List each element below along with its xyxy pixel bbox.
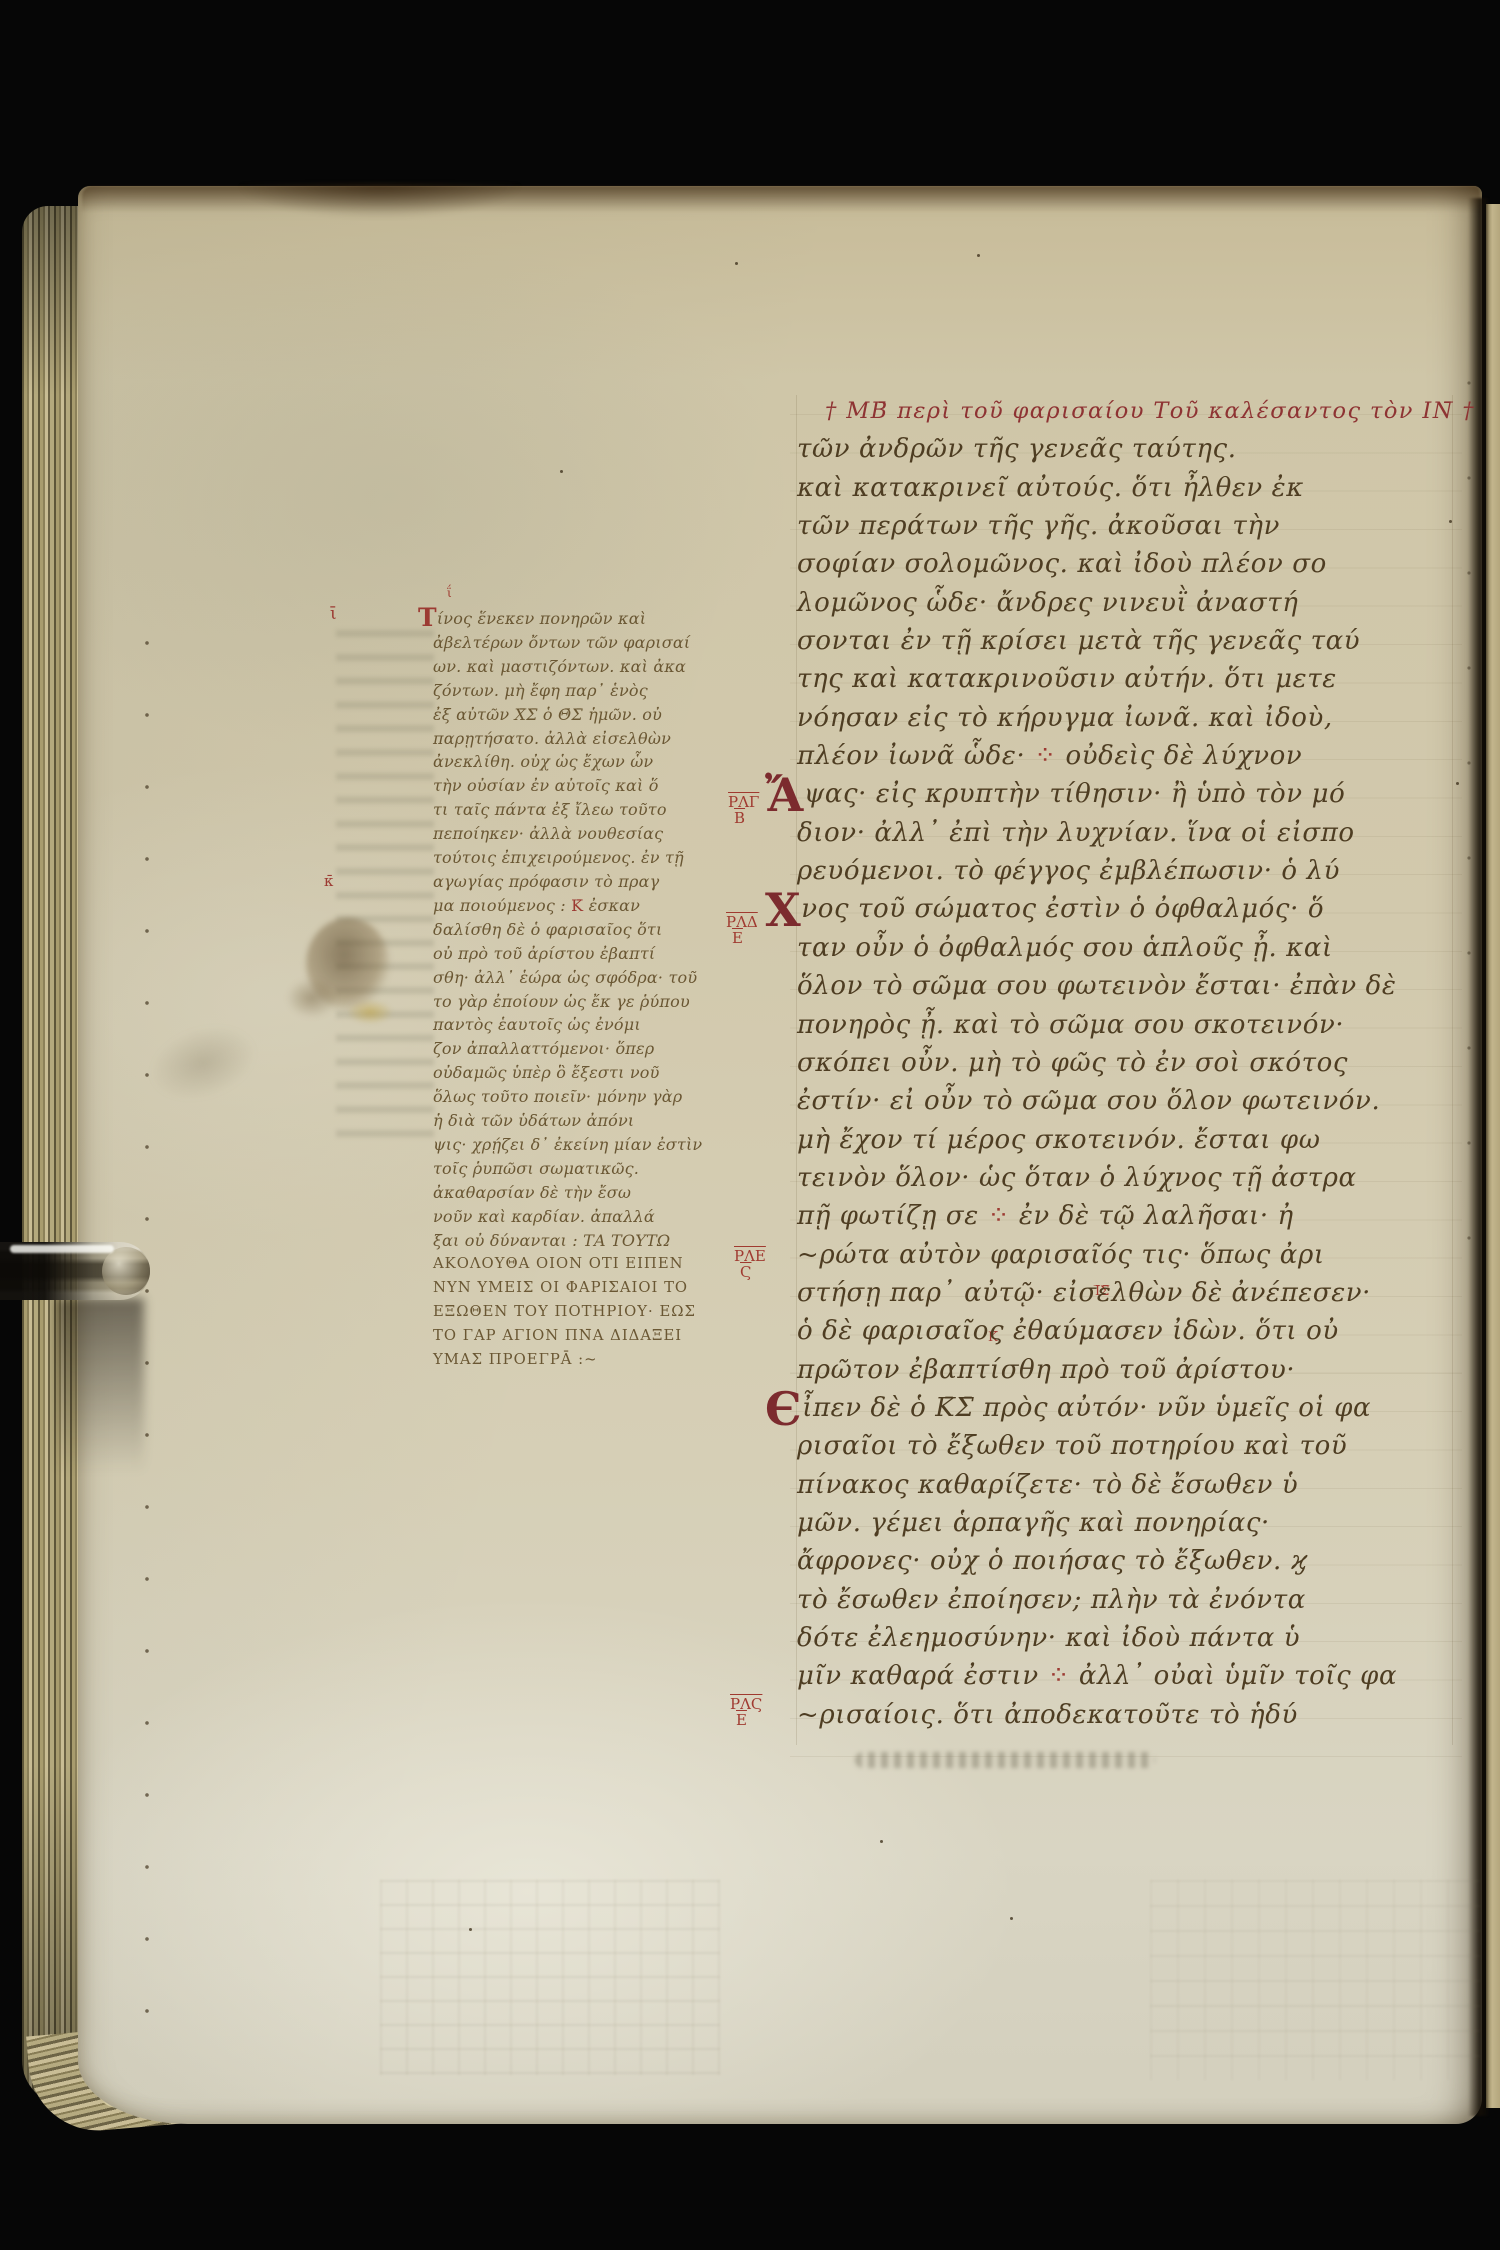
text-line: ~ρισαίοις. ὅτι ἀποδεκατοῦτε τὸ ἡδύ <box>797 1696 1465 1734</box>
commentary-line-text: τὴν οὐσίαν ἐν αὐτοῖς καὶ ὅ <box>433 776 659 795</box>
commentary-line: ψις· χρῄζει δ᾽ ἐκείνη μίαν ἐστὶν <box>433 1133 735 1157</box>
text-line-content: πλέον ἰωνᾶ ὧδε· ⁘ οὐδεὶς δὲ λύχνον <box>797 741 1302 771</box>
ink-speck <box>1010 1917 1013 1920</box>
text-line-content: καὶ κατακρινεῖ αὐτούς. ὅτι ἦλθεν ἐκ <box>797 473 1304 503</box>
text-line-content: σονται ἐν τῇ κρίσει μετὰ τῆς γενεᾶς ταύ <box>797 626 1360 656</box>
commentary-initial: Τ <box>418 607 437 628</box>
text-line: στήσῃ παρ᾽ αὐτῷ· εἰσελθὼν δὲ ἀνέπεσεν· <box>797 1274 1465 1312</box>
commentary-line-text: το γὰρ ἐποίουν ὡς ἔκ γε ῥύπου <box>433 992 690 1011</box>
manuscript-photo: ῑ κ̄ ΐ ΡΛΓ Β ΡΛΔ Ε ΡΛΕ Ϛ ΡΛϚ Ε Ι̅Σ̅ Κ̅ Τ… <box>0 0 1500 2250</box>
commentary-line: ΝΥΝ ΥΜΕΙΣ ΟΙ ΦΑΡΙΣΑΙΟΙ ΤΟ <box>433 1276 735 1300</box>
commentary-line: τοῖς ῥυπῶσι σωματικῶς. <box>433 1157 735 1181</box>
text-line-content: μὴ ἔχον τί μέρος σκοτεινόν. ἔσται φω <box>797 1125 1321 1155</box>
text-line: πονηρὸς ᾖ. καὶ τὸ σῶμα σου σκοτεινόν· <box>797 1006 1465 1044</box>
commentary-line-text: ΕΞΩΘΕΝ ΤΟΥ ΠΟΤΗΡΙΟΥ· ΕΩΣ <box>433 1303 696 1320</box>
commentary-line-text: οὐ πρὸ τοῦ ἀρίστου ἐβαπτί <box>433 944 655 963</box>
commentary-line: ΥΜΑΣ ΠΡΟΕΓΡᾹ :~ <box>433 1348 735 1372</box>
text-line: ρισαῖοι τὸ ἔξωθεν τοῦ ποτηρίου καὶ τοῦ <box>797 1427 1465 1465</box>
main-text-column: † ΜΒ̄ περὶ τοῦ φαρισαίου Τοῦ καλέσαντος … <box>797 392 1465 1734</box>
text-line: πρῶτον ἐβαπτίσθη πρὸ τοῦ ἀρίστου· <box>797 1351 1465 1389</box>
commentary-line-text: ίνος ἕνεκεν πονηρῶν καὶ <box>437 609 646 628</box>
commentary-line-text: αγωγίας πρόφασιν τὸ πραγ <box>433 872 659 891</box>
commentary-line-text: ὅλως τοῦτο ποιεῖν· μόνην γὰρ <box>433 1087 682 1106</box>
text-line-content: ὁ δὲ φαρισαῖος ἐθαύμασεν ἰδὼν. ὅτι οὐ <box>797 1316 1339 1346</box>
commentary-line: ξαι οὐ δύνανται : ΤΑ ΤΟΥΤΩ <box>433 1229 735 1253</box>
commentary-line-text: τι ταῖς πάντα ἐξ ἴλεω τοῦτο <box>433 800 667 819</box>
commentary-line: ἡ διὰ τῶν ὑδάτων ἀπόνι <box>433 1109 735 1133</box>
ink-speck <box>880 1840 883 1843</box>
text-line: Ἄ ψας· εἰς κρυπτὴν τίθησιν· ἢ ὑπὸ τὸν μό <box>797 775 1465 813</box>
commentary-line-text: τούτοις ἐπιχειρούμενος. ἐν τῇ <box>433 848 684 867</box>
text-line-content: ~ρισαίοις. ὅτι ἀποδεκατοῦτε τὸ ἡδύ <box>797 1700 1298 1730</box>
margin-mark-kappa: κ̄ <box>324 872 333 890</box>
commentary-line: μα ποιούμενος : Κ̄ ἐσκαν <box>433 894 735 918</box>
text-line: ἄφρονες· οὐχ ὁ ποιήσας τὸ ἔξωθεν. ϗ <box>797 1542 1465 1580</box>
canon-number: Ϛ <box>734 1263 751 1281</box>
text-line-content: σκόπει οὖν. μὴ τὸ φῶς τὸ ἐν σοὶ σκότος <box>797 1048 1348 1078</box>
glass-weight-tip <box>102 1247 150 1295</box>
commentary-line-text: ἀκαθαρσίαν δὲ τὴν ἔσω <box>433 1183 631 1202</box>
commentary-line: τούτοις ἐπιχειρούμενος. ἐν τῇ <box>433 846 735 870</box>
text-line-content: νόησαν εἰς τὸ κήρυγμα ἰωνᾶ. καὶ ἰδοὺ, <box>797 703 1333 733</box>
commentary-line-text: ζόντων. μὴ ἔφη παρ᾽ ἑνὸς <box>433 681 648 700</box>
kephalaion-title: † ΜΒ̄ περὶ τοῦ φαρισαίου Τοῦ καλέσαντος … <box>797 392 1465 430</box>
text-line-content: ρισαῖοι τὸ ἔξωθεν τοῦ ποτηρίου καὶ τοῦ <box>797 1431 1347 1461</box>
text-line: πλέον ἰωνᾶ ὧδε· ⁘ οὐδεὶς δὲ λύχνον <box>797 737 1465 775</box>
text-line-content: ἄφρονες· οὐχ ὁ ποιήσας τὸ ἔξωθεν. ϗ <box>797 1546 1308 1576</box>
canon-number: Ε <box>730 1711 747 1729</box>
text-line-content: πρῶτον ἐβαπτίσθη πρὸ τοῦ ἀρίστου· <box>797 1355 1295 1385</box>
commentary-line: ζόντων. μὴ ἔφη παρ᾽ ἑνὸς <box>433 679 735 703</box>
glass-weight-highlight <box>10 1245 114 1253</box>
commentary-line: ων. καὶ μαστιζόντων. καὶ ἀκα <box>433 655 735 679</box>
commentary-line: Τ ίνος ἕνεκεν πονηρῶν καὶ <box>433 607 735 631</box>
text-line: διον· ἀλλ᾽ ἐπὶ τὴν λυχνίαν. ἵνα οἱ εἰσπο <box>797 814 1465 852</box>
commentary-line: το γὰρ ἐποίουν ὡς ἔκ γε ῥύπου <box>433 990 735 1014</box>
commentary-line: τι ταῖς πάντα ἐξ ἴλεω τοῦτο <box>433 798 735 822</box>
commentary-line-text: ψις· χρῄζει δ᾽ ἐκείνη μίαν ἐστὶν <box>433 1135 702 1154</box>
text-line: καὶ κατακρινεῖ αὐτούς. ὅτι ἦλθεν ἐκ <box>797 469 1465 507</box>
main-text-lines: τῶν ἀνδρῶν τῆς γενεᾶς ταύτης. καὶ κατακρ… <box>797 430 1465 1734</box>
text-line-content: ταν οὖν ὁ ὀφθαλμός σου ἁπλοῦς ᾖ. καὶ <box>797 933 1333 963</box>
facing-page-sliver <box>1486 204 1500 2108</box>
commentary-line-text: παντὸς ἑαυτοῖς ὡς ἐνόμι <box>433 1015 641 1034</box>
text-line-content: ρευόμενοι. τὸ φέγγος ἐμβλέπωσιν· ὁ λύ <box>797 856 1340 886</box>
brown-stain-tail <box>286 978 338 1018</box>
text-line: ρευόμενοι. τὸ φέγγος ἐμβλέπωσιν· ὁ λύ <box>797 852 1465 890</box>
text-line: τὸ ἔσωθεν ἐποίησεν; πλὴν τὰ ἐνόντα <box>797 1581 1465 1619</box>
text-line-content: δότε ἐλεημοσύνην· καὶ ἰδοὺ πάντα ὑ <box>797 1623 1300 1653</box>
commentary-line: ἐξ αὐτῶν Χ̄Σ̄ ὁ Θ̄Σ̄ ἡμῶν. οὐ <box>433 703 735 727</box>
pricking-holes <box>144 640 150 2040</box>
commentary-line-text: ξαι οὐ δύνανται : ΤΑ ΤΟΥΤΩ <box>433 1231 670 1250</box>
decorated-initial: Χ <box>765 893 801 927</box>
text-line-content: τεινὸν ὅλον· ὡς ὅταν ὁ λύχνος τῇ ἀστρα <box>797 1163 1357 1193</box>
text-line: ὅλον τὸ σῶμα σου φωτεινὸν ἔσται· ἐπὰν δὲ <box>797 967 1465 1005</box>
commentary-line-text: παρῃτήσατο. ἀλλὰ εἰσελθὼν <box>433 729 671 748</box>
text-line: τεινὸν ὅλον· ὡς ὅταν ὁ λύχνος τῇ ἀστρα <box>797 1159 1465 1197</box>
text-line-content: πονηρὸς ᾖ. καὶ τὸ σῶμα σου σκοτεινόν· <box>797 1010 1344 1040</box>
text-line: σκόπει οὖν. μὴ τὸ φῶς τὸ ἐν σοὶ σκότος <box>797 1044 1465 1082</box>
text-line-content: μῖν καθαρά ἐστιν ⁘ ἀλλ᾽ οὐαὶ ὑμῖν τοῖς φ… <box>797 1661 1397 1691</box>
show-through-grid-left <box>380 1880 720 2075</box>
text-line: τῶν περάτων τῆς γῆς. ἀκοῦσαι τὴν <box>797 507 1465 545</box>
commentary-line: τὴν οὐσίαν ἐν αὐτοῖς καὶ ὅ <box>433 774 735 798</box>
text-line: Χ νος τοῦ σώματος ἐστὶν ὁ ὀφθαλμός· ὅ <box>797 890 1465 928</box>
commentary-line: δαλίσθη δὲ ὁ φαρισαῖος ὅτι <box>433 918 735 942</box>
commentary-line: παρῃτήσατο. ἀλλὰ εἰσελθὼν <box>433 727 735 751</box>
text-line: ἐστίν· εἰ οὖν τὸ σῶμα σου ὅλον φωτεινόν. <box>797 1082 1465 1120</box>
commentary-line-text: ζον ἀπαλλαττόμενοι· ὅπερ <box>433 1039 654 1058</box>
commentary-line-text: ΝΥΝ ΥΜΕΙΣ ΟΙ ΦΑΡΙΣΑΙΟΙ ΤΟ <box>433 1279 688 1296</box>
text-line: πῇ φωτίζῃ σε ⁘ ἐν δὲ τῷ λαλῆσαι· ἠ <box>797 1197 1465 1235</box>
text-line: μὴ ἔχον τί μέρος σκοτεινόν. ἔσται φω <box>797 1121 1465 1159</box>
text-line-content: στήσῃ παρ᾽ αὐτῷ· εἰσελθὼν δὲ ἀνέπεσεν· <box>797 1278 1371 1308</box>
text-line-content: ἶπεν δὲ ὁ Κ̄Σ̄ πρὸς αὐτόν· νῦν ὑμεῖς οἱ … <box>802 1393 1371 1423</box>
commentary-line: ἀκαθαρσίαν δὲ τὴν ἔσω <box>433 1181 735 1205</box>
commentary-line: ζον ἀπαλλαττόμενοι· ὅπερ <box>433 1037 735 1061</box>
text-line-content: πίνακος καθαρίζετε· τὸ δὲ ἔσωθεν ὑ <box>797 1470 1298 1500</box>
commentary-line-text: δαλίσθη δὲ ὁ φαρισαῖος ὅτι <box>433 920 662 939</box>
glass-weight <box>0 1242 150 1300</box>
section-number-136: ΡΛϚ Ε <box>730 1696 790 1728</box>
text-line-content: ἐστίν· εἰ οὖν τὸ σῶμα σου ὅλον φωτεινόν. <box>797 1086 1380 1116</box>
text-line-content: ψας· εἰς κρυπτὴν τίθησιν· ἢ ὑπὸ τὸν μό <box>804 779 1345 809</box>
text-line: δότε ἐλεημοσύνην· καὶ ἰδοὺ πάντα ὑ <box>797 1619 1465 1657</box>
commentary-line: οὐδαμῶς ὑπὲρ ὃ ἔξεστι νοῦ <box>433 1061 735 1085</box>
text-line-content: ὅλον τὸ σῶμα σου φωτεινὸν ἔσται· ἐπὰν δὲ <box>797 971 1396 1001</box>
commentary-line: σθη· ἀλλ᾽ ἑώρα ὡς σφόδρα· τοῦ <box>433 966 735 990</box>
commentary-line: ὅλως τοῦτο ποιεῖν· μόνην γὰρ <box>433 1085 735 1109</box>
commentary-line: ΕΞΩΘΕΝ ΤΟΥ ΠΟΤΗΡΙΟΥ· ΕΩΣ <box>433 1300 735 1324</box>
show-through-line-bottom <box>855 1752 1155 1768</box>
text-line: μῖν καθαρά ἐστιν ⁘ ἀλλ᾽ οὐαὶ ὑμῖν τοῖς φ… <box>797 1657 1465 1695</box>
commentary-line: ἀνεκλίθη. οὐχ ὡς ἔχων ὧν <box>433 750 735 774</box>
commentary-line-text: ΑΚΟΛΟΥΘΑ ΟΙΟΝ ΟΤΙ ΕΙΠΕΝ <box>433 1255 684 1272</box>
text-line: σονται ἐν τῇ κρίσει μετὰ τῆς γενεᾶς ταύ <box>797 622 1465 660</box>
ink-speck <box>560 470 563 473</box>
commentary-line-text: πεποίηκεν· ἀλλὰ νουθεσίας <box>433 824 663 843</box>
text-line: Є ἶπεν δὲ ὁ Κ̄Σ̄ πρὸς αὐτόν· νῦν ὑμεῖς ο… <box>797 1389 1465 1427</box>
commentary-line-text: ἐξ αὐτῶν Χ̄Σ̄ ὁ Θ̄Σ̄ ἡμῶν. οὐ <box>433 705 662 724</box>
commentary-initial-sign: ΐ <box>447 586 452 600</box>
show-through-grid-right <box>1150 1880 1480 2080</box>
text-line: της καὶ κατακρινοῦσιν αὐτήν. ὅτι μετε <box>797 660 1465 698</box>
text-line: σοφίαν σολομῶνος. καὶ ἰδοὺ πλέον σο <box>797 545 1465 583</box>
ink-speck <box>735 262 738 265</box>
commentary-line-text: σθη· ἀλλ᾽ ἑώρα ὡς σφόδρα· τοῦ <box>433 968 697 987</box>
text-line-content: τῶν περάτων τῆς γῆς. ἀκοῦσαι τὴν <box>797 511 1280 541</box>
commentary-line: ἀβελτέρων ὄντων τῶν φαρισαί <box>433 631 735 655</box>
commentary-line-text: νοῦν καὶ καρδίαν. ἀπαλλά <box>433 1207 655 1226</box>
commentary-line: πεποίηκεν· ἀλλὰ νουθεσίας <box>433 822 735 846</box>
margin-mark-iota: ῑ <box>330 604 337 624</box>
commentary-line: ΑΚΟΛΟΥΘΑ ΟΙΟΝ ΟΤΙ ΕΙΠΕΝ <box>433 1252 735 1276</box>
commentary-line-text: ων. καὶ μαστιζόντων. καὶ ἀκα <box>433 657 686 676</box>
commentary-line: παντὸς ἑαυτοῖς ὡς ἐνόμι <box>433 1013 735 1037</box>
text-line: ταν οὖν ὁ ὀφθαλμός σου ἁπλοῦς ᾖ. καὶ <box>797 929 1465 967</box>
text-line-content: σοφίαν σολομῶνος. καὶ ἰδοὺ πλέον σο <box>797 549 1327 579</box>
commentary-line-text: ἡ διὰ τῶν ὑδάτων ἀπόνι <box>433 1111 634 1130</box>
ink-speck <box>977 254 980 257</box>
text-line-content: λομῶνος ὧδε· ἄνδρες νινευῒ ἀναστή <box>797 588 1298 618</box>
section-number-135: ΡΛΕ Ϛ <box>734 1248 794 1280</box>
commentary-line: οὐ πρὸ τοῦ ἀρίστου ἐβαπτί <box>433 942 735 966</box>
text-line: τῶν ἀνδρῶν τῆς γενεᾶς ταύτης. <box>797 430 1465 468</box>
text-line: νόησαν εἰς τὸ κήρυγμα ἰωνᾶ. καὶ ἰδοὺ, <box>797 699 1465 737</box>
commentary-line-text: οὐδαμῶς ὑπὲρ ὃ ἔξεστι νοῦ <box>433 1063 660 1082</box>
text-line-content: τῶν ἀνδρῶν τῆς γενεᾶς ταύτης. <box>797 434 1237 464</box>
commentary-column: Τ ίνος ἕνεκεν πονηρῶν καὶ ἀβελτέρων ὄντω… <box>433 607 735 1372</box>
decorated-initial: Є <box>765 1392 802 1426</box>
commentary-line: αγωγίας πρόφασιν τὸ πραγ <box>433 870 735 894</box>
text-line: πίνακος καθαρίζετε· τὸ δὲ ἔσωθεν ὑ <box>797 1466 1465 1504</box>
commentary-line-text: ΤΟ ΓΑΡ ΑΓΙΟΝ ΠΝ̄Α ΔΙΔΑΞΕΙ <box>433 1327 682 1344</box>
text-line-content: πῇ φωτίζῃ σε ⁘ ἐν δὲ τῷ λαλῆσαι· ἠ <box>797 1201 1294 1231</box>
text-line: λομῶνος ὧδε· ἄνδρες νινευῒ ἀναστή <box>797 584 1465 622</box>
commentary-line: νοῦν καὶ καρδίαν. ἀπαλλά <box>433 1205 735 1229</box>
gutter-specks <box>1466 380 1472 1280</box>
yellow-stain <box>348 1000 392 1024</box>
text-line-content: μῶν. γέμει ἁρπαγῆς καὶ πονηρίας· <box>797 1508 1270 1538</box>
text-line-content: νος τοῦ σώματος ἐστὶν ὁ ὀφθαλμός· ὅ <box>801 894 1324 924</box>
commentary-line-text: μα ποιούμενος : Κ̄ ἐσκαν <box>433 896 640 915</box>
text-line-content: τὸ ἔσωθεν ἐποίησεν; πλὴν τὰ ἐνόντα <box>797 1585 1306 1615</box>
commentary-line-text: ἀνεκλίθη. οὐχ ὡς ἔχων ὧν <box>433 752 653 771</box>
commentary-line: ΤΟ ΓΑΡ ΑΓΙΟΝ ΠΝ̄Α ΔΙΔΑΞΕΙ <box>433 1324 735 1348</box>
text-line-content: διον· ἀλλ᾽ ἐπὶ τὴν λυχνίαν. ἵνα οἱ εἰσπο <box>797 818 1355 848</box>
page-top-edge-stain <box>240 184 520 218</box>
text-line: ὁ δὲ φαρισαῖος ἐθαύμασεν ἰδὼν. ὅτι οὐ <box>797 1312 1465 1350</box>
text-line-content: ~ρώτα αὐτὸν φαρισαῖός τις· ὅπως ἀρι <box>797 1240 1325 1270</box>
text-line-content: της καὶ κατακρινοῦσιν αὐτήν. ὅτι μετε <box>797 664 1337 694</box>
ink-speck <box>469 1928 472 1931</box>
text-line: μῶν. γέμει ἁρπαγῆς καὶ πονηρίας· <box>797 1504 1465 1542</box>
commentary-line-text: ΥΜΑΣ ΠΡΟΕΓΡᾹ :~ <box>433 1351 598 1368</box>
show-through-text-left <box>336 630 434 1150</box>
glass-weight-shadow <box>56 1298 144 1473</box>
text-line: ~ρώτα αὐτὸν φαρισαῖός τις· ὅπως ἀρι <box>797 1236 1465 1274</box>
commentary-line-text: ἀβελτέρων ὄντων τῶν φαρισαί <box>433 633 690 652</box>
commentary-line-text: τοῖς ῥυπῶσι σωματικῶς. <box>433 1159 639 1178</box>
decorated-initial: Ἄ <box>765 778 804 812</box>
